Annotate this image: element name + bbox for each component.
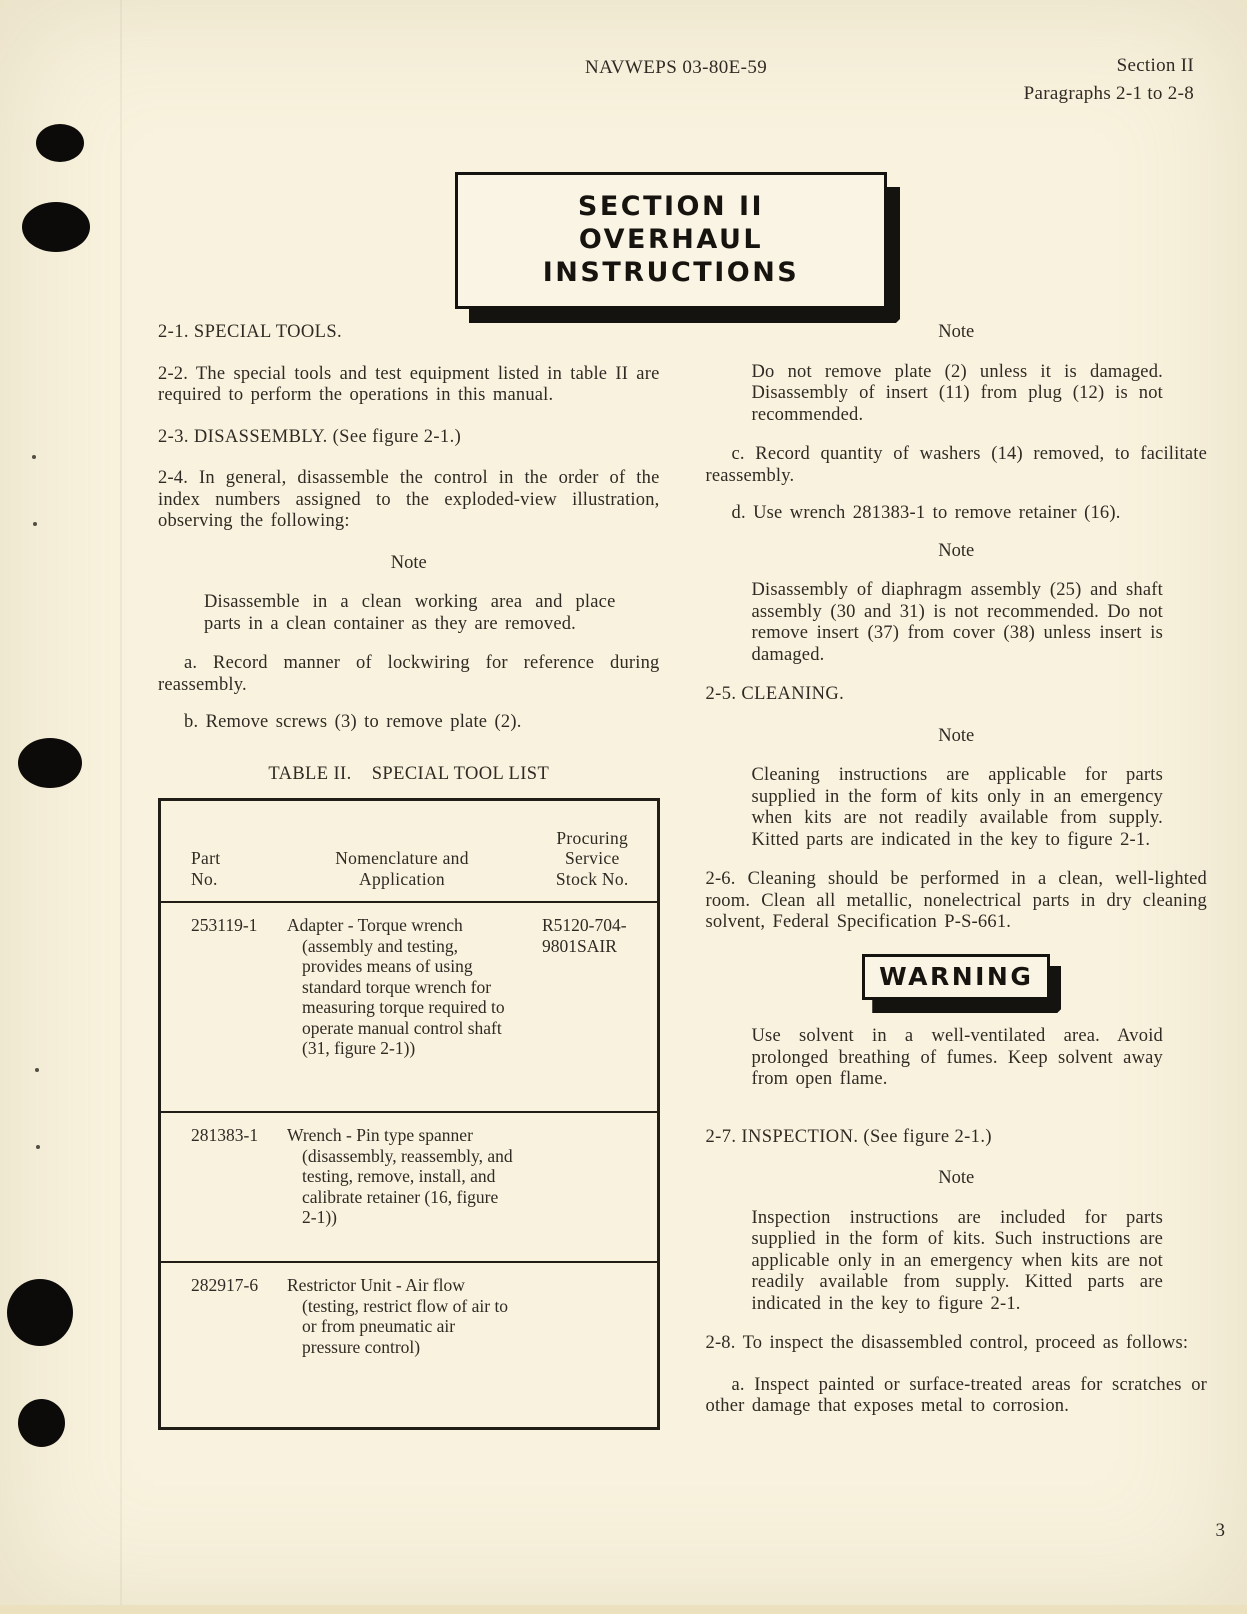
para-2-4: 2-4. In general, disassemble the control… (158, 468, 660, 533)
special-tool-table: Part No. Nomenclature and Application Pr… (158, 798, 660, 1430)
binder-hole (18, 738, 82, 788)
left-column: 2-1. SPECIAL TOOLS. 2-2. The special too… (158, 322, 660, 1434)
section-title-box: SECTION II OVERHAUL INSTRUCTIONS (455, 172, 887, 309)
note-body-cleaning: Cleaning instructions are applicable for… (752, 765, 1164, 851)
note-label: Note (706, 1168, 1208, 1190)
list-item-d: d. Use wrench 281383-1 to remove retaine… (706, 503, 1208, 525)
cell-nomenclature: Restrictor Unit - Air flow (testing, res… (276, 1275, 528, 1403)
list-item-a: a. Record manner of lockwiring for refer… (158, 653, 660, 696)
page-number: 3 (1216, 1520, 1226, 1542)
table-row: 282917-6 Restrictor Unit - Air flow (tes… (161, 1263, 657, 1427)
header-paragraphs-range: Paragraphs 2-1 to 2-8 (1024, 80, 1194, 108)
para-2-2: 2-2. The special tools and test equipmen… (158, 364, 660, 407)
note-label: Note (158, 553, 660, 575)
table-row: 253119-1 Adapter - Torque wrench (assemb… (161, 903, 657, 1113)
cell-nomenclature: Wrench - Pin type spanner (disassembly, … (276, 1125, 528, 1237)
col-header-stock-no: Procuring Service Stock No. (528, 828, 657, 890)
ink-speck (36, 1145, 40, 1149)
heading-2-7: 2-7. INSPECTION. (See figure 2-1.) (706, 1127, 1208, 1149)
list-item-b: b. Remove screws (3) to remove plate (2)… (158, 712, 660, 734)
warning-box: WARNING (862, 954, 1050, 1001)
para-2-6: 2-6. Cleaning should be performed in a c… (706, 869, 1208, 934)
manual-page: NAVWEPS 03-80E-59 Section II Paragraphs … (0, 0, 1247, 1614)
table-header-row: Part No. Nomenclature and Application Pr… (161, 801, 657, 903)
note-body-inspection: Inspection instructions are included for… (752, 1208, 1164, 1316)
title-box-face: SECTION II OVERHAUL INSTRUCTIONS (455, 172, 887, 309)
scan-edge (0, 1605, 1247, 1614)
special-tool-list: TABLE II. SPECIAL TOOL LIST Part No. Nom… (158, 764, 660, 1431)
scan-fold-line (120, 0, 122, 1614)
cell-part-no: 281383-1 (161, 1125, 276, 1237)
warning-label: WARNING (862, 954, 1050, 1001)
col-header-part-no: Part No. (161, 848, 276, 889)
cell-stock-no (528, 1125, 657, 1237)
table-title: TABLE II. SPECIAL TOOL LIST (158, 764, 660, 786)
heading-2-5: 2-5. CLEANING. (706, 684, 1208, 706)
para-2-8: 2-8. To inspect the disassembled control… (706, 1333, 1208, 1355)
note-label: Note (706, 541, 1208, 563)
heading-2-1: 2-1. SPECIAL TOOLS. (158, 322, 660, 344)
header-doc-number: NAVWEPS 03-80E-59 (585, 57, 767, 79)
col-header-nomenclature: Nomenclature and Application (276, 848, 528, 889)
section-title-line1: SECTION II (466, 190, 876, 223)
note-label: Note (706, 322, 1208, 344)
binder-hole (22, 202, 90, 252)
cell-part-no: 282917-6 (161, 1275, 276, 1403)
list-item-c: c. Record quantity of washers (14) remov… (706, 444, 1208, 487)
note-body-diaphragm: Disassembly of diaphragm assembly (25) a… (752, 580, 1164, 666)
note-body-plate: Do not remove plate (2) unless it is dam… (752, 362, 1164, 427)
note-label: Note (706, 726, 1208, 748)
section-title-line2: OVERHAUL INSTRUCTIONS (466, 223, 876, 289)
note-body-disassemble: Disassemble in a clean working area and … (204, 592, 616, 635)
cell-stock-no: R5120-704-9801SAIR (528, 915, 657, 1087)
heading-2-3: 2-3. DISASSEMBLY. (See figure 2-1.) (158, 427, 660, 449)
binder-hole (18, 1399, 65, 1447)
binder-hole (7, 1279, 73, 1346)
warning-body: Use solvent in a well-ventilated area. A… (752, 1026, 1164, 1091)
ink-speck (32, 455, 36, 459)
right-column: Note Do not remove plate (2) unless it i… (706, 322, 1208, 1434)
cell-stock-no (528, 1275, 657, 1403)
cell-nomenclature: Adapter - Torque wrench (assembly and te… (276, 915, 528, 1087)
list-item-a-inspect: a. Inspect painted or surface-treated ar… (706, 1375, 1208, 1418)
table-row: 281383-1 Wrench - Pin type spanner (disa… (161, 1113, 657, 1263)
ink-speck (35, 1068, 39, 1072)
cell-part-no: 253119-1 (161, 915, 276, 1087)
ink-speck (33, 522, 37, 526)
binder-hole (36, 124, 84, 162)
two-column-body: 2-1. SPECIAL TOOLS. 2-2. The special too… (158, 322, 1207, 1434)
header-right: Section II Paragraphs 2-1 to 2-8 (1024, 52, 1194, 108)
header-section: Section II (1024, 52, 1194, 80)
